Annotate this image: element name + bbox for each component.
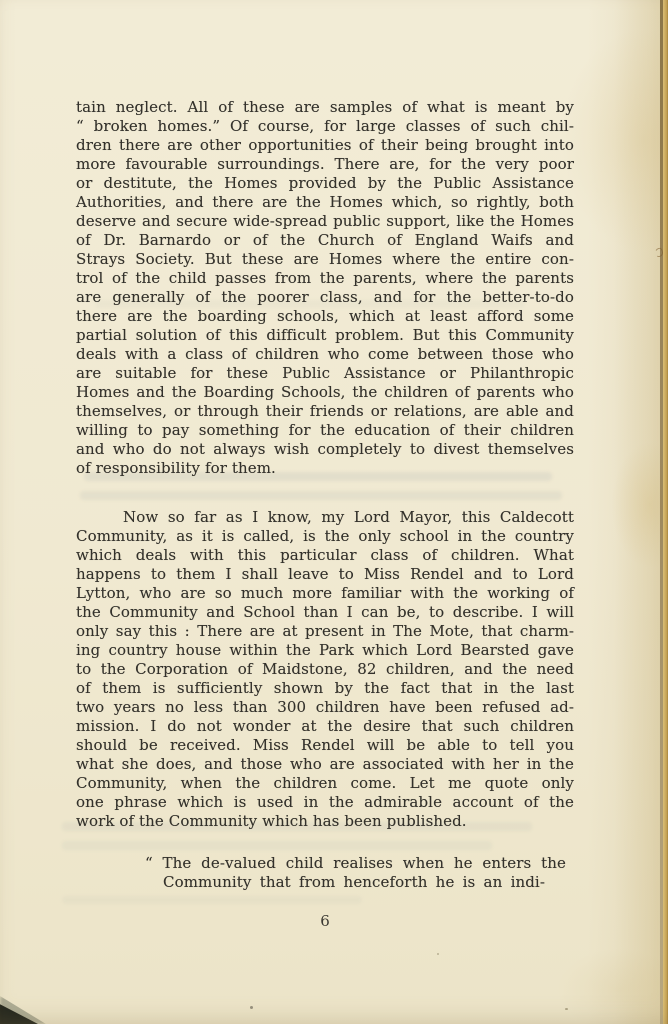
paragraph: Now so far as I know, my Lord Mayor, thi… [76,508,574,831]
text-line: the Community and School than I can be, … [76,603,574,622]
text-line: ing country house within the Park which … [76,641,574,660]
text-line: and who do not always wish completely to… [76,440,574,459]
text-line: Homes and the Boarding Schools, the chil… [76,383,574,402]
text-line: partial solution of this difficult probl… [76,326,574,345]
text-line: what she does, and those who are associa… [76,755,574,774]
speck [565,1008,568,1010]
speck [437,953,439,955]
text-line: “ broken homes.” Of course, for large cl… [76,117,574,136]
text-line: willing to pay something for the educati… [76,421,574,440]
text-line: mission. I do not wonder at the desire t… [76,717,574,736]
blockquote: “ The de-valued child realises when he e… [145,854,570,892]
text-line: of them is sufficiently shown by the fac… [76,679,574,698]
text-line: Lytton, who are so much more familiar wi… [76,584,574,603]
text-line: Community, when the children come. Let m… [76,774,574,793]
text-line: “ The de-valued child realises when he e… [145,854,566,873]
text-line: are generally of the poorer class, and f… [76,288,574,307]
show-through-ghost [80,491,562,500]
text-line: dren there are other opportunities of th… [76,136,574,155]
text-line: deals with a class of children who come … [76,345,574,364]
show-through-ghost [62,896,362,904]
text-line: which deals with this particular class o… [76,546,574,565]
text-line: should be received. Miss Rendel will be … [76,736,574,755]
text-line: there are the boarding schools, which at… [76,307,574,326]
paragraph-continuation: tain neglect. All of these are samples o… [76,98,574,478]
speck [250,1006,253,1009]
text-line: themselves, or through their friends or … [76,402,574,421]
text-line: two years no less than 300 children have… [76,698,574,717]
book-page: tain neglect. All of these are samples o… [0,0,668,1024]
text-line: or destitute, the Homes provided by the … [76,174,574,193]
page-edge [663,0,668,1024]
text-line: only say this : There are at present in … [76,622,574,641]
text-line: trol of the child passes from the parent… [76,269,574,288]
text-line: are suitable for these Public Assistance… [76,364,574,383]
text-line: Community that from henceforth he is an … [163,873,545,892]
show-through-ghost [62,841,492,850]
text-line: deserve and secure wide-spread public su… [76,212,574,231]
text-line: one phrase which is used in the admirabl… [76,793,574,812]
text-line: Community, as it is called, is the only … [76,527,574,546]
page-edge-shadow [614,0,660,1024]
text-line: work of the Community which has been pub… [76,812,574,831]
text-line: to the Corporation of Maidstone, 82 chil… [76,660,574,679]
text-line: Strays Society. But these are Homes wher… [76,250,574,269]
text-line: of responsibility for them. [76,459,574,478]
text-line: Now so far as I know, my Lord Mayor, thi… [76,508,574,527]
text-line: more favourable surroundings. There are,… [76,155,574,174]
text-line: tain neglect. All of these are samples o… [76,98,574,117]
text-line: happens to them I shall leave to Miss Re… [76,565,574,584]
text-line: Authorities, and there are the Homes whi… [76,193,574,212]
text-line: of Dr. Barnardo or of the Church of Engl… [76,231,574,250]
page-number: 6 [76,912,574,931]
